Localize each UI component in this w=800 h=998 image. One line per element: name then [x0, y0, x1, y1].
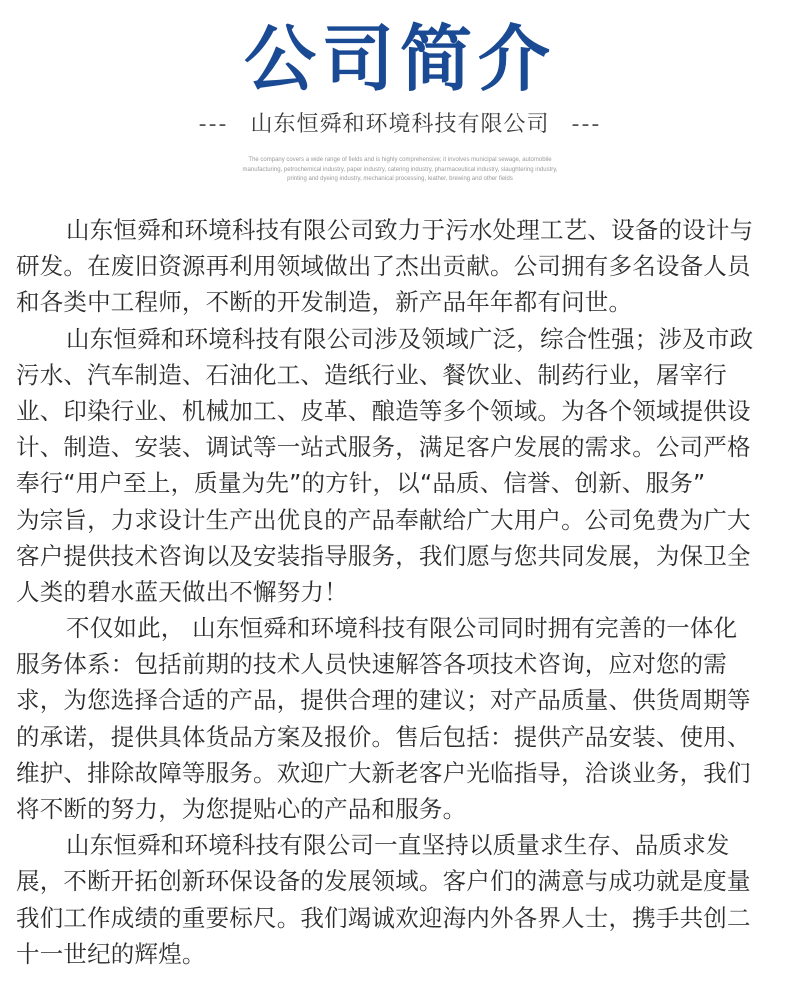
paragraph-line: 山东恒舜和环境科技有限公司涉及领域广泛，综合性强；涉及市政 — [16, 321, 791, 357]
paragraph-4: 山东恒舜和环境科技有限公司一直坚持以质量求生存、品质求发 展，不断开拓创新环保设… — [16, 827, 791, 972]
paragraph-line: 十一世纪的辉煌。 — [16, 936, 791, 972]
paragraph-line: 山东恒舜和环境科技有限公司致力于污水处理工艺、设备的设计与 — [16, 212, 791, 248]
subtitle-dash-left: --- — [199, 112, 229, 137]
paragraph-line: 不仅如此， 山东恒舜和环境科技有限公司同时拥有完善的一体化 — [16, 610, 791, 646]
paragraph-line: 将不断的努力，为您提贴心的产品和服务。 — [16, 791, 791, 827]
paragraph-line: 维护、排除故障等服务。欢迎广大新老客户光临指导，洽谈业务，我们 — [16, 755, 791, 791]
paragraph-line: 业、印染行业、机械加工、皮革、酿造等多个领域。为各个领域提供设 — [16, 393, 791, 429]
english-description: The company covers a wide range of field… — [200, 156, 600, 185]
paragraph-line: 研发。在废旧资源再利用领域做出了杰出贡献。公司拥有多名设备人员 — [16, 248, 791, 284]
company-subtitle: --- 山东恒舜和环境科技有限公司 --- — [0, 110, 800, 140]
paragraph-line: 和各类中工程师，不断的开发制造，新产品年年都有问世。 — [16, 284, 791, 320]
page-title: 公司简介 — [0, 14, 800, 104]
paragraph-line: 的承诺，提供具体货品方案及报价。售后包括：提供产品安装、使用、 — [16, 719, 791, 755]
paragraph-line: 山东恒舜和环境科技有限公司一直坚持以质量求生存、品质求发 — [16, 827, 791, 863]
english-note-line: The company covers a wide range of field… — [200, 156, 600, 166]
paragraph-line: 服务体系：包括前期的技术人员快速解答各项技术咨询，应对您的需 — [16, 646, 791, 682]
paragraph-3: 不仅如此， 山东恒舜和环境科技有限公司同时拥有完善的一体化 服务体系：包括前期的… — [16, 610, 791, 827]
paragraph-line: 为宗旨，力求设计生产出优良的产品奉献给广大用户。公司免费为广大 — [16, 502, 791, 538]
paragraph-2: 山东恒舜和环境科技有限公司涉及领域广泛，综合性强；涉及市政 污水、汽车制造、石油… — [16, 321, 791, 611]
subtitle-company-name: 山东恒舜和环境科技有限公司 — [250, 112, 549, 137]
paragraph-line: 人类的碧水蓝天做出不懈努力！ — [16, 574, 791, 610]
paragraph-line: 求，为您选择合适的产品，提供合理的建议；对产品质量、供货周期等 — [16, 682, 791, 718]
english-note-line: manufacturing, petrochemical industry, p… — [200, 166, 600, 176]
company-introduction-body: 山东恒舜和环境科技有限公司致力于污水处理工艺、设备的设计与 研发。在废旧资源再利… — [16, 212, 791, 972]
paragraph-line: 计、制造、安装、调试等一站式服务，满足客户发展的需求。公司严格 — [16, 429, 791, 465]
subtitle-dash-right: --- — [572, 112, 602, 137]
paragraph-1: 山东恒舜和环境科技有限公司致力于污水处理工艺、设备的设计与 研发。在废旧资源再利… — [16, 212, 791, 321]
paragraph-line: 展，不断开拓创新环保设备的发展领域。客户们的满意与成功就是度量 — [16, 863, 791, 899]
paragraph-line: 客户提供技术咨询以及安装指导服务，我们愿与您共同发展，为保卫全 — [16, 538, 791, 574]
english-note-line: printing and dyeing industry, mechanical… — [200, 175, 600, 185]
paragraph-line: 奉行“用户至上，质量为先”的方针，以“品质、信誉、创新、服务” — [16, 465, 791, 501]
paragraph-line: 污水、汽车制造、石油化工、造纸行业、餐饮业、制药行业，屠宰行 — [16, 357, 791, 393]
paragraph-line: 我们工作成绩的重要标尺。我们竭诚欢迎海内外各界人士，携手共创二 — [16, 900, 791, 936]
